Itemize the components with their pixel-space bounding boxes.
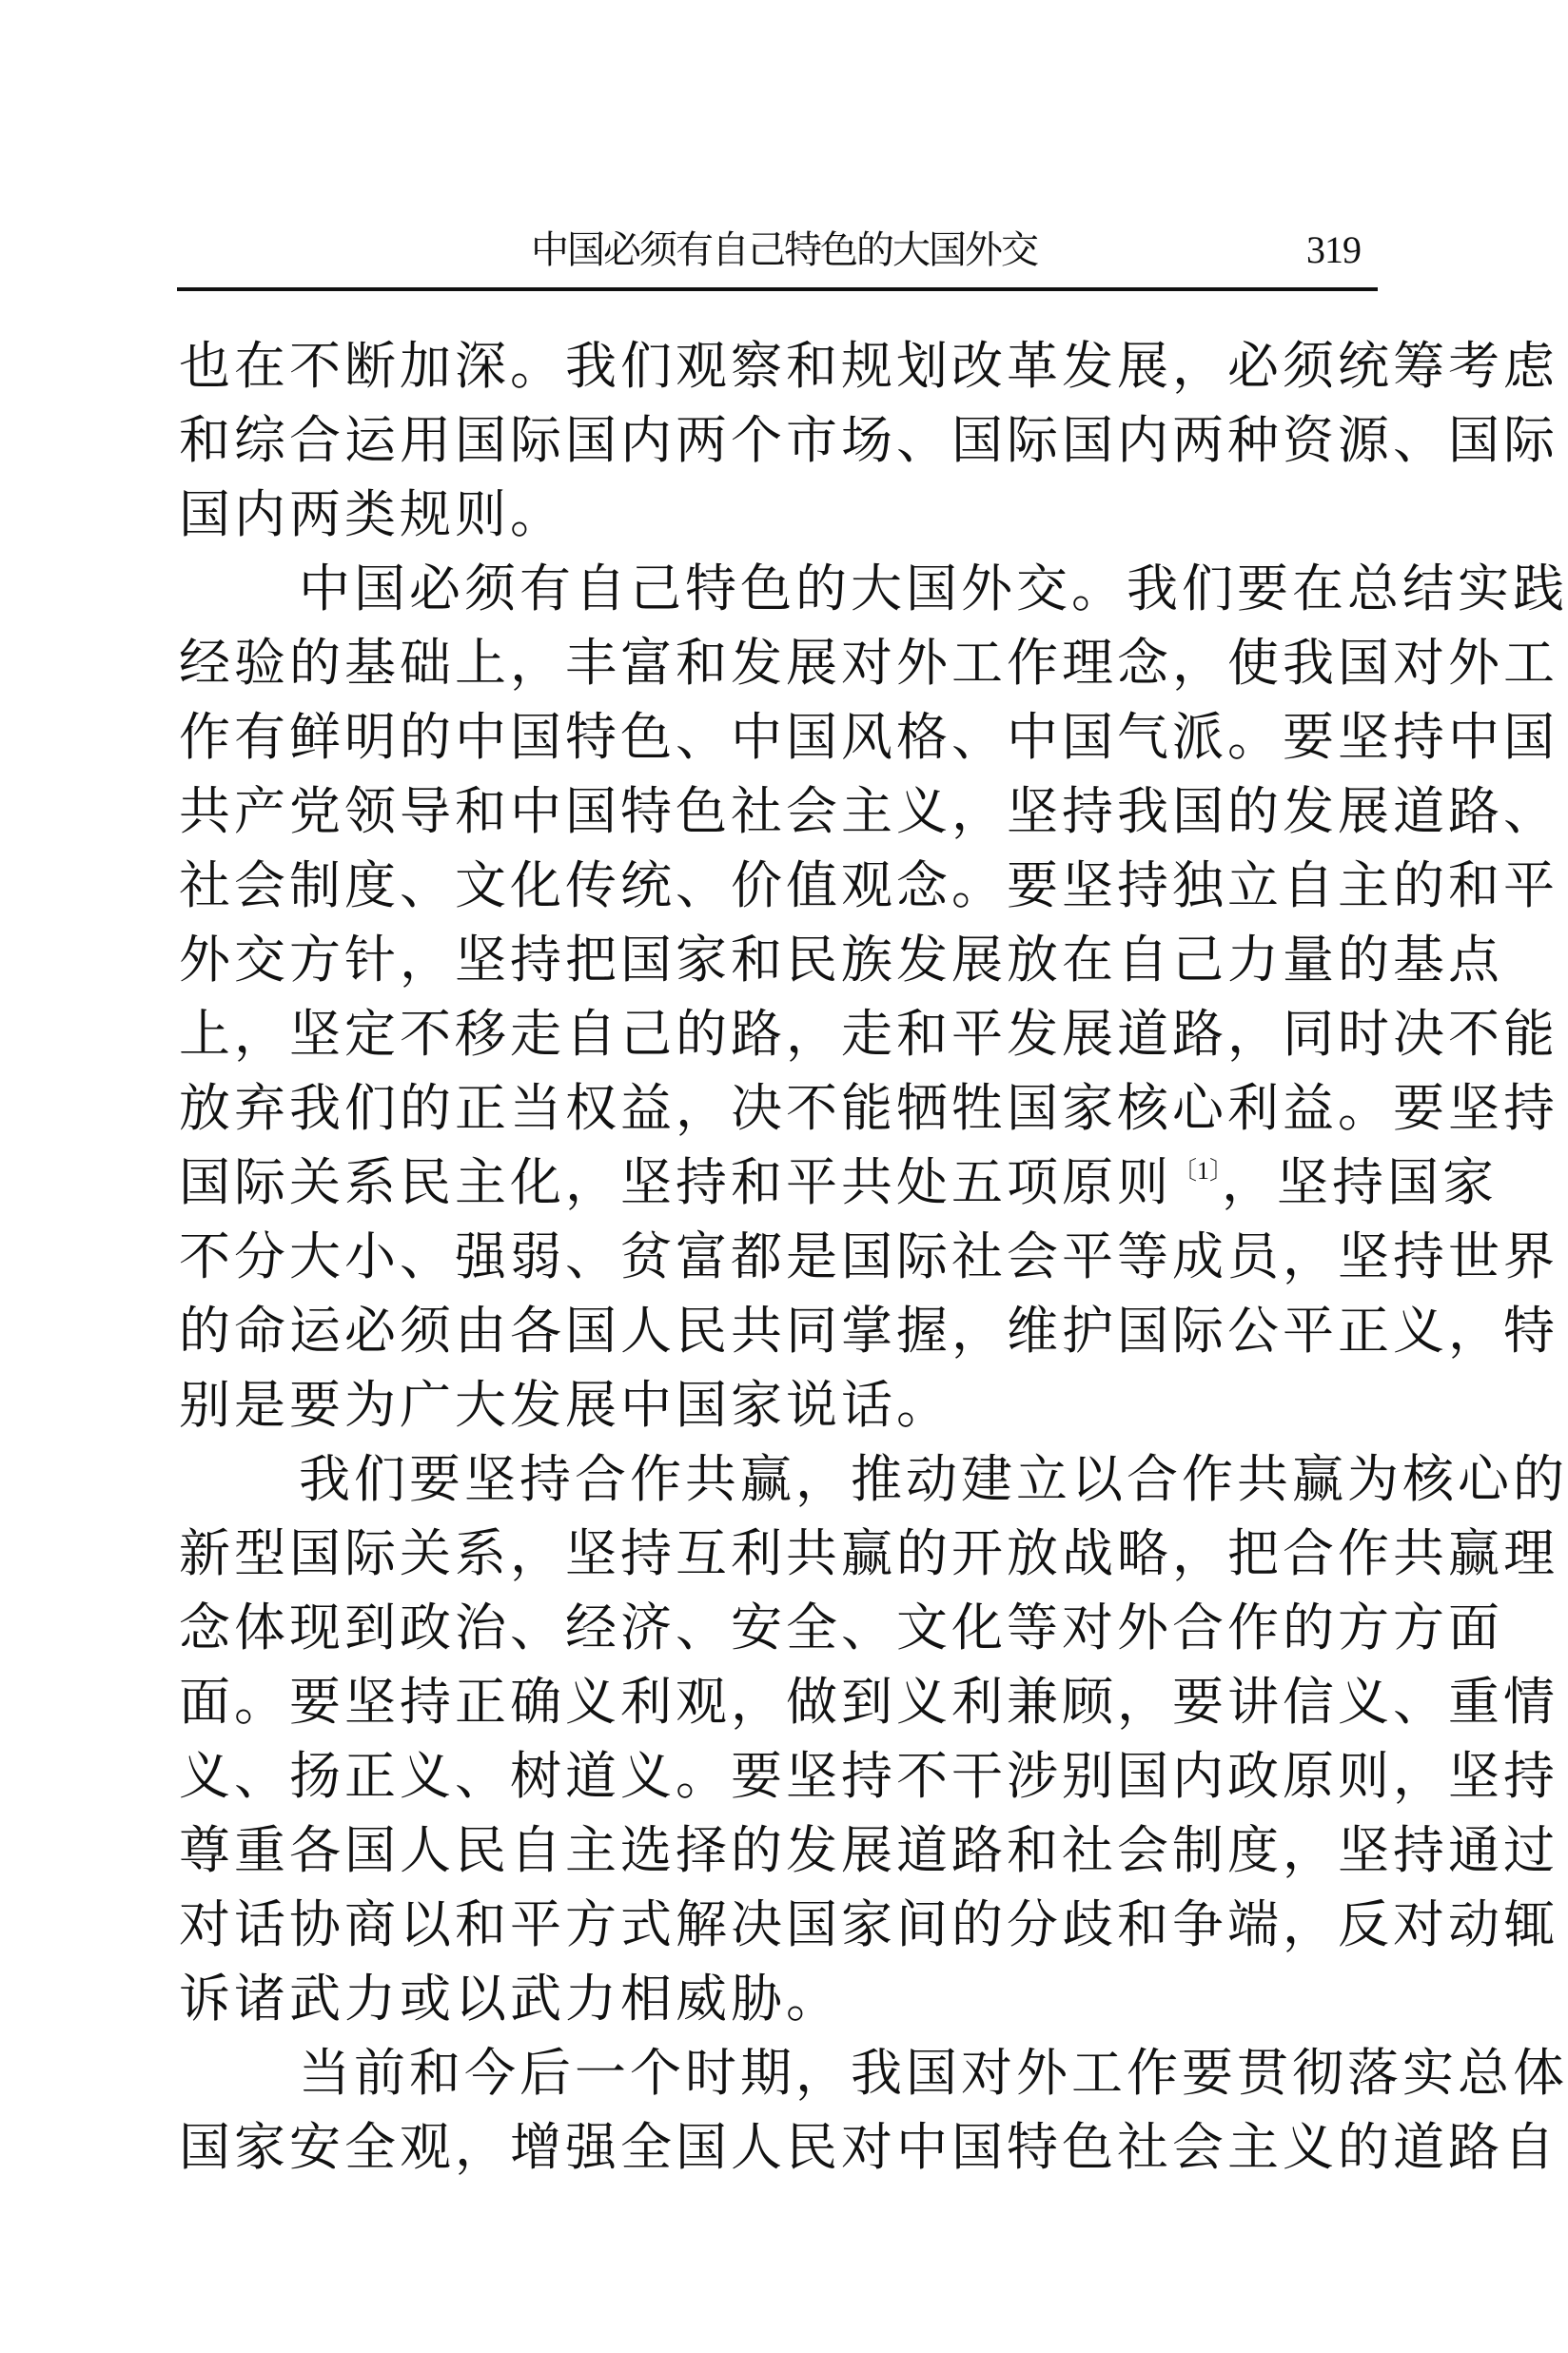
text-line: 上，坚定不移走自己的路，走和平发展道路，同时决不能: [179, 997, 1380, 1071]
text-line: 我们要坚持合作共赢，推动建立以合作共赢为核心的: [179, 1442, 1380, 1517]
text-line: 经验的基础上，丰富和发展对外工作理念，使我国对外工: [179, 626, 1380, 700]
text-line: 的命运必须由各国人民共同掌握，维护国际公平正义，特: [179, 1294, 1380, 1368]
text-line: 对话协商以和平方式解决国家间的分歧和争端，反对动辄: [179, 1888, 1380, 1962]
text-line-with-footnote: 国际关系民主化，坚持和平共处五项原则〔1〕，坚持国家: [179, 1146, 1380, 1220]
page-number: 319: [1306, 226, 1361, 274]
text-line: 当前和今后一个时期，我国对外工作要贯彻落实总体: [179, 2036, 1380, 2110]
text-line: 也在不断加深。我们观察和规划改革发展，必须统筹考虑: [179, 329, 1380, 403]
running-title: 中国必须有自己特色的大国外交: [531, 226, 1037, 274]
footnote-marker[interactable]: 〔1〕: [1172, 1157, 1222, 1185]
text-line: 国家安全观，增强全国人民对中国特色社会主义的道路自: [179, 2110, 1380, 2185]
paragraph-4: 当前和今后一个时期，我国对外工作要贯彻落实总体 国家安全观，增强全国人民对中国特…: [179, 2036, 1380, 2185]
paragraph-3: 我们要坚持合作共赢，推动建立以合作共赢为核心的 新型国际关系，坚持互利共赢的开放…: [179, 1442, 1380, 2036]
text-line: 和综合运用国际国内两个市场、国际国内两种资源、国际: [179, 403, 1380, 478]
body-text: 也在不断加深。我们观察和规划改革发展，必须统筹考虑 和综合运用国际国内两个市场、…: [179, 329, 1380, 2185]
text-segment: 国际关系民主化，坚持和平共处五项原则: [179, 1152, 1172, 1212]
header-rule: [177, 287, 1378, 291]
text-line: 不分大小、强弱、贫富都是国际社会平等成员，坚持世界: [179, 1220, 1380, 1294]
text-line: 国内两类规则。: [179, 478, 1380, 552]
paragraph-2: 中国必须有自己特色的大国外交。我们要在总结实践 经验的基础上，丰富和发展对外工作…: [179, 552, 1380, 1442]
book-page: 中国必须有自己特色的大国外交 319 也在不断加深。我们观察和规划改革发展，必须…: [179, 0, 1380, 2353]
running-header: 中国必须有自己特色的大国外交 319: [179, 226, 1380, 284]
text-line: 作有鲜明的中国特色、中国风格、中国气派。要坚持中国: [179, 700, 1380, 775]
paragraph-1: 也在不断加深。我们观察和规划改革发展，必须统筹考虑 和综合运用国际国内两个市场、…: [179, 329, 1380, 552]
text-line: 尊重各国人民自主选择的发展道路和社会制度，坚持通过: [179, 1814, 1380, 1888]
text-segment: ，坚持国家: [1222, 1152, 1498, 1212]
text-line: 念体现到政治、经济、安全、文化等对外合作的方方面: [179, 1591, 1380, 1665]
text-line: 新型国际关系，坚持互利共赢的开放战略，把合作共赢理: [179, 1517, 1380, 1591]
text-line: 别是要为广大发展中国家说话。: [179, 1368, 1380, 1442]
text-line: 中国必须有自己特色的大国外交。我们要在总结实践: [179, 552, 1380, 626]
text-line: 义、扬正义、树道义。要坚持不干涉别国内政原则，坚持: [179, 1739, 1380, 1814]
text-line: 外交方针，坚持把国家和民族发展放在自己力量的基点: [179, 923, 1380, 997]
text-line: 诉诸武力或以武力相威胁。: [179, 1962, 1380, 2036]
text-line: 放弃我们的正当权益，决不能牺牲国家核心利益。要坚持: [179, 1071, 1380, 1146]
text-line: 共产党领导和中国特色社会主义，坚持我国的发展道路、: [179, 775, 1380, 849]
text-line: 面。要坚持正确义利观，做到义利兼顾，要讲信义、重情: [179, 1665, 1380, 1739]
text-line: 社会制度、文化传统、价值观念。要坚持独立自主的和平: [179, 849, 1380, 923]
